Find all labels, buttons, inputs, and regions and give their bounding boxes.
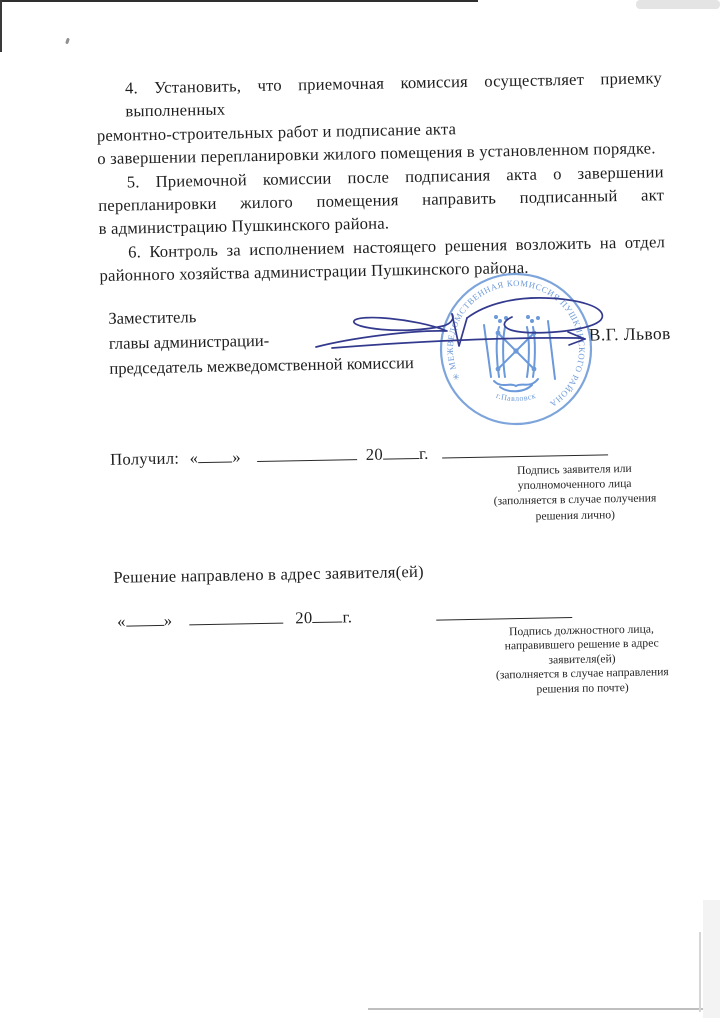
quote-open: « (190, 448, 199, 467)
scan-edge-bottom-right (699, 932, 701, 1012)
year-blank (313, 619, 343, 623)
document-content: 4. Установить, что приемочная комиссия о… (0, 0, 720, 1018)
year-suffix: г. (419, 444, 429, 463)
year-prefix: 20 (366, 445, 384, 464)
scanned-document-page: 4. Установить, что приемочная комиссия о… (0, 0, 720, 1018)
sent-signature-caption: Подпись должностного лица, направившего … (482, 622, 681, 698)
quote-close: » (232, 447, 241, 466)
received-signature-caption: Подпись заявителя или уполномоченного ли… (485, 460, 664, 524)
resolution-paragraphs: 4. Установить, что приемочная комиссия о… (96, 66, 666, 287)
year-prefix: 20 (295, 608, 313, 627)
year-suffix: г. (342, 607, 352, 626)
stamp-city-text: г.Павловск (495, 391, 537, 403)
signature-scribble-icon (296, 290, 686, 362)
day-blank (126, 623, 164, 627)
quote-open: « (117, 612, 126, 631)
scan-edge-left (0, 0, 2, 52)
sent-title: Решение направлено в адрес заявителя(ей) (113, 562, 424, 588)
scan-edge-top (0, 0, 478, 2)
month-blank (189, 621, 283, 626)
scan-edge-bottom (368, 1008, 720, 1010)
scan-smudge-top-right (636, 0, 720, 9)
scan-corner-shade (703, 900, 720, 1018)
year-blank (383, 456, 419, 460)
received-label: Получил: (110, 449, 180, 469)
signature-blank (442, 452, 608, 458)
signature-ink (296, 290, 686, 362)
day-blank (198, 460, 232, 464)
month-blank (257, 457, 357, 462)
signature-blank (437, 615, 573, 621)
quote-close: » (164, 611, 173, 630)
